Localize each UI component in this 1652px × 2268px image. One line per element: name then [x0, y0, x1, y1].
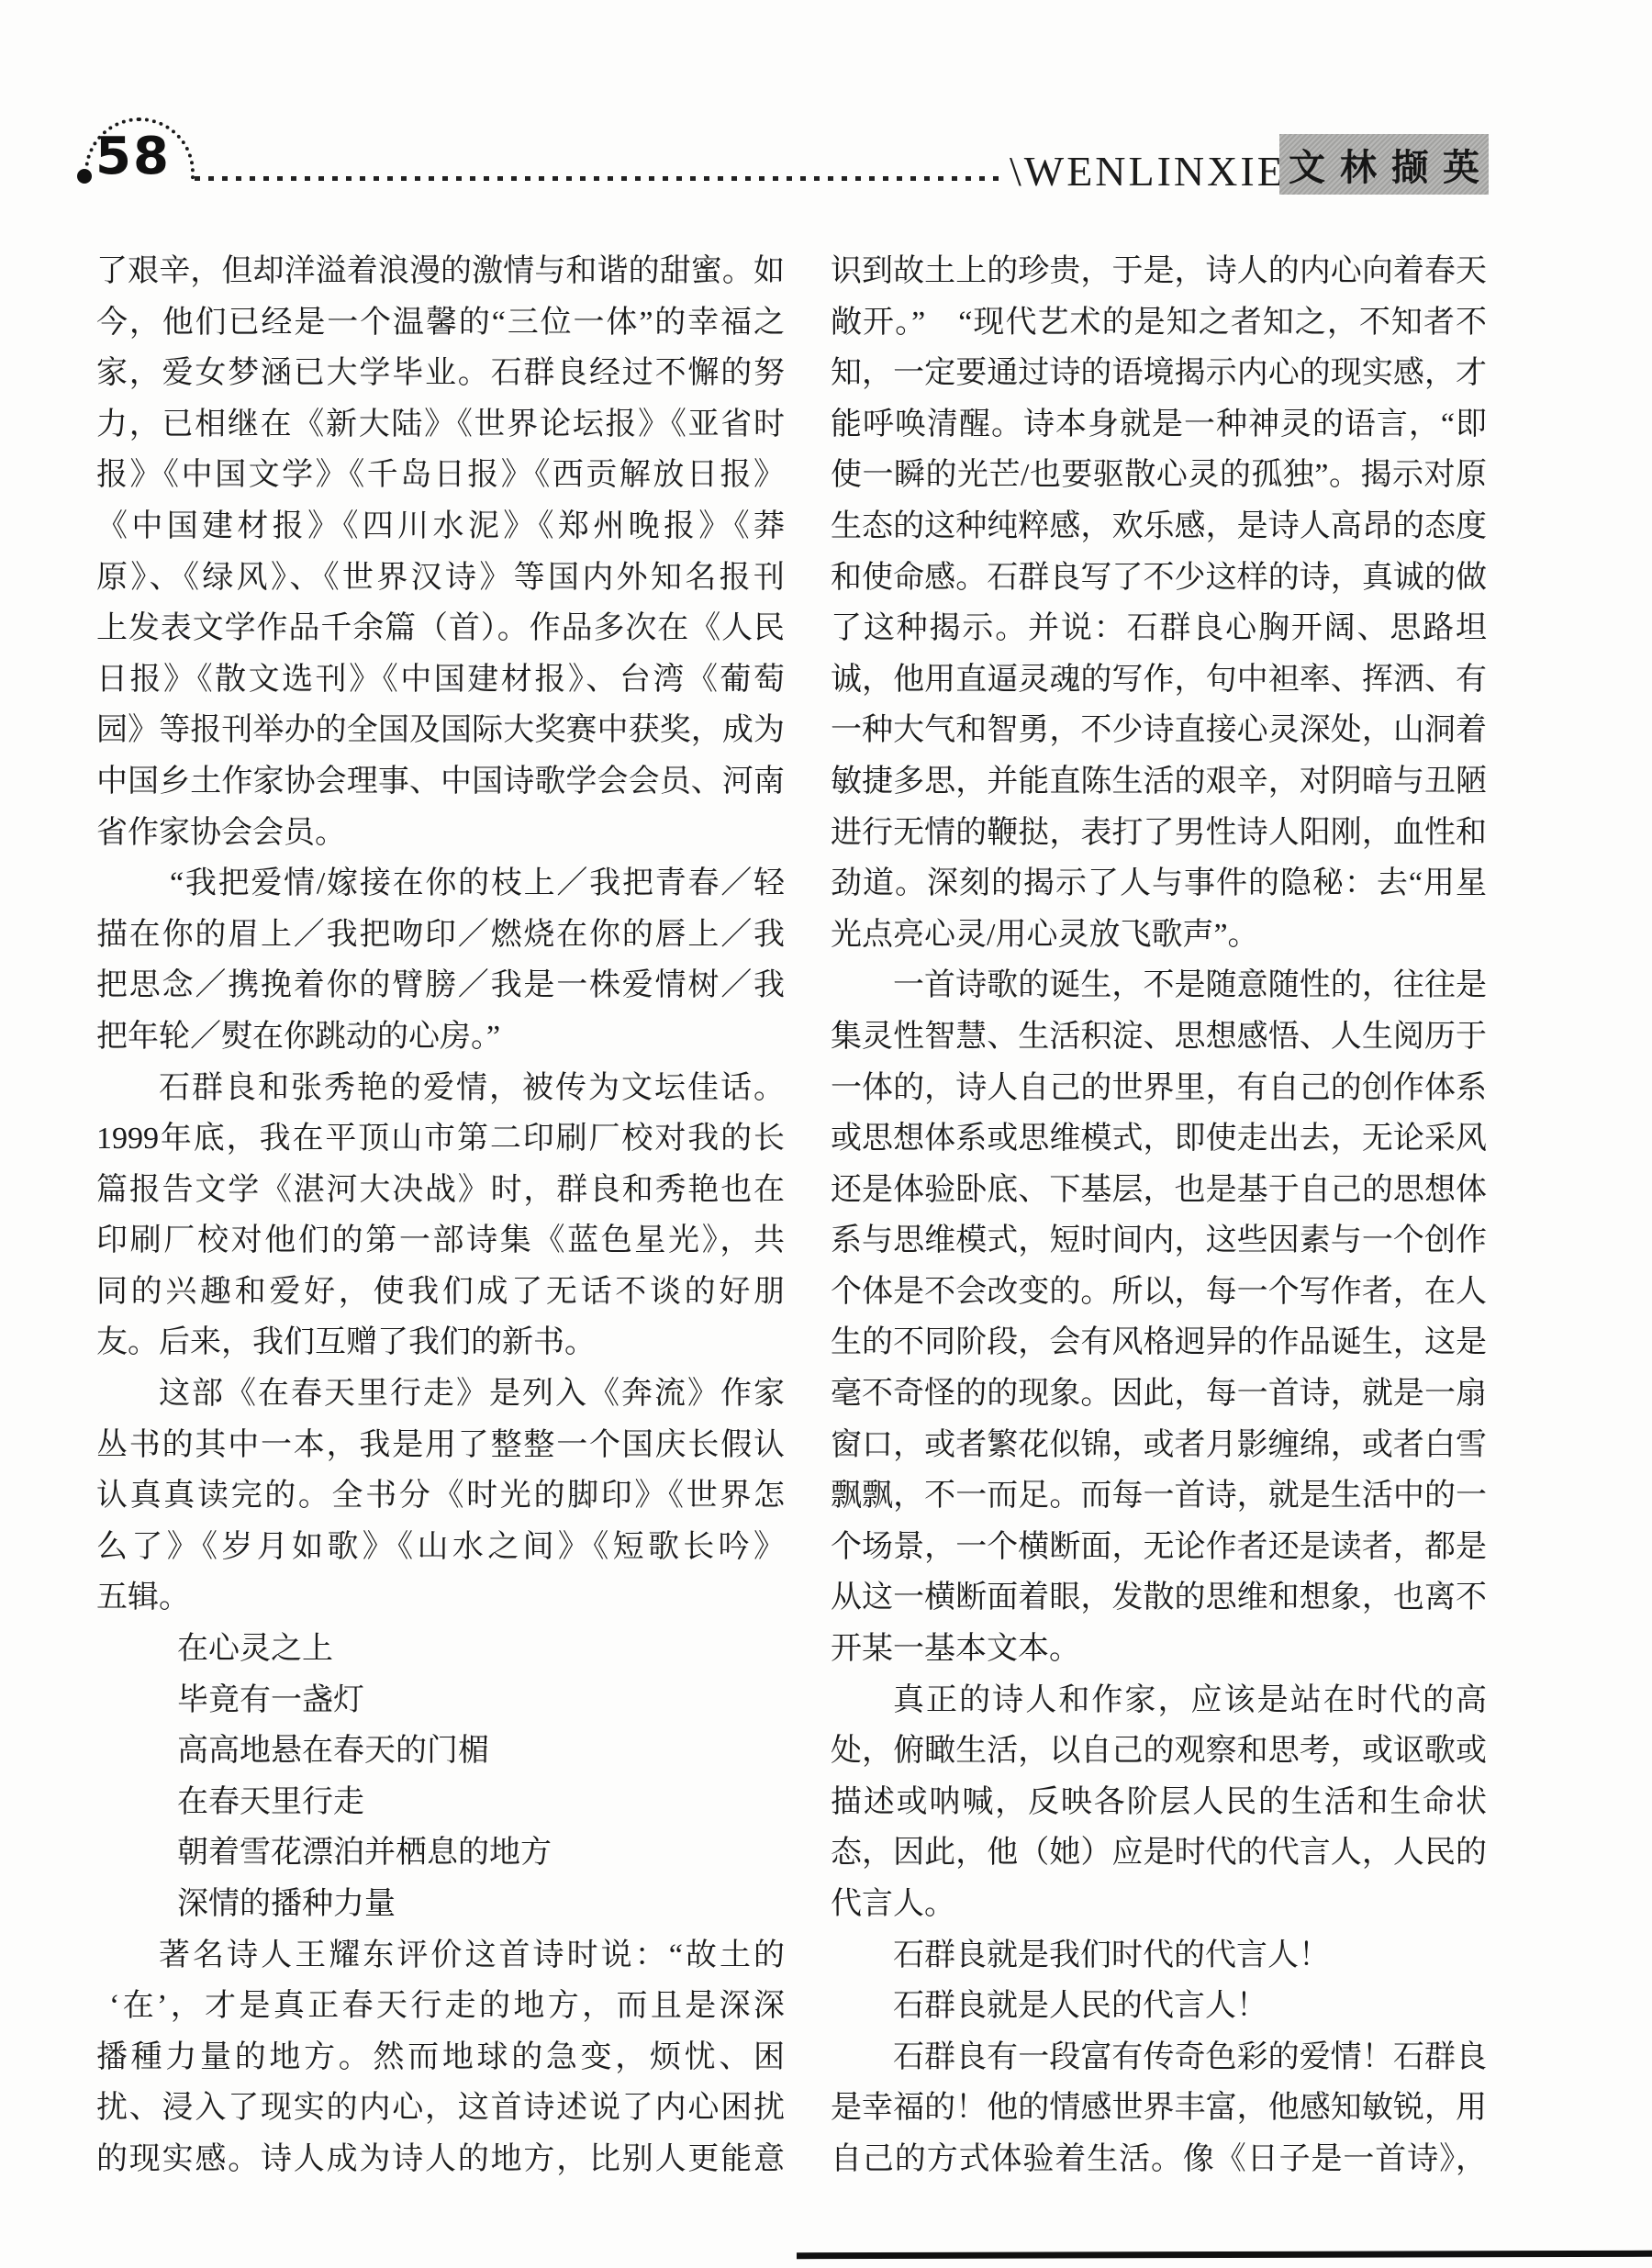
text-line: 使一瞬的光芒/也要驱散心灵的孤独”。揭示对原 [831, 450, 1487, 501]
text-line: 深情的播种力量 [96, 1879, 785, 1930]
text-line: 的现实感。诗人成为诗人的地方，比别人更能意 [96, 2134, 785, 2185]
text-line: 个场景，一个横断面，无论作者还是读者，都是 [831, 1522, 1487, 1573]
text-line: 报》《中国文学》《千岛日报》《西贡解放日报》 [96, 450, 785, 501]
scan-artifact-line [797, 2251, 1652, 2259]
text-line: 1999年底，我在平顶山市第二印刷厂校对我的长 [96, 1113, 785, 1165]
text-line: 高高地悬在春天的门楣 [96, 1726, 785, 1777]
text-line: 集灵性智慧、生活积淀、思想感悟、人生阅历于 [831, 1011, 1487, 1063]
text-line: 飘飘，不一而足。而每一首诗，就是生活中的一 [831, 1470, 1487, 1522]
text-line: “我把爱情/嫁接在你的枝上／我把青春／轻 [96, 858, 785, 910]
text-line: 上发表文学作品千余篇（首）。作品多次在《人民 [96, 603, 785, 654]
text-line: 从这一横断面着眼，发散的思维和想象，也离不 [831, 1572, 1487, 1624]
text-line: 篇报告文学《湛河大决战》时，群良和秀艳也在 [96, 1165, 785, 1216]
text-line: 一种大气和智勇，不少诗直接心灵深处，山洞着 [831, 705, 1487, 756]
text-line: 么了》《岁月如歌》《山水之间》《短歌长吟》 [96, 1522, 785, 1573]
text-line: 自己的方式体验着生活。像《日子是一首诗》， [831, 2134, 1487, 2185]
text-line: 《中国建材报》《四川水泥》《郑州晚报》《莽 [96, 501, 785, 553]
text-line: 毫不奇怪的的现象。因此，每一首诗，就是一扇 [831, 1369, 1487, 1420]
text-line: 一首诗歌的诞生，不是随意随性的，往往是 [831, 960, 1487, 1011]
text-line: 毕竟有一盏灯 [96, 1675, 785, 1726]
text-line: 石群良就是我们时代的代言人！ [831, 1930, 1487, 1982]
text-line: 识到故土上的珍贵，于是，诗人的内心向着春天 [831, 246, 1487, 297]
text-line: 力，已相继在《新大陆》《世界论坛报》《亚省时 [96, 399, 785, 451]
magazine-page: { "page": { "number": "58" }, "header": … [0, 0, 1652, 2268]
text-line: 这部《在春天里行走》是列入《奔流》作家 [96, 1369, 785, 1420]
page-header: 58 \WENLINXIEYING 文林撷英 [0, 0, 1652, 220]
dotted-leader-line [195, 176, 1004, 181]
text-line: 把思念／携挽着你的臂膀／我是一株爱情树／我 [96, 960, 785, 1011]
text-line: 印刷厂校对他们的第一部诗集《蓝色星光》，共 [96, 1215, 785, 1267]
page-number: 58 [95, 127, 171, 186]
text-line: 日报》《散文选刊》《中国建材报》、台湾《葡萄 [96, 654, 785, 706]
text-line: 生的不同阶段，会有风格迥异的作品诞生，这是 [831, 1317, 1487, 1369]
text-line: 生态的这种纯粹感，欢乐感，是诗人高昂的态度 [831, 501, 1487, 553]
text-line: 个体是不会改变的。所以，每一个写作者，在人 [831, 1267, 1487, 1318]
text-line: 代言人。 [831, 1879, 1487, 1930]
text-line: 丛书的其中一本，我是用了整整一个国庆长假认 [96, 1420, 785, 1471]
text-line: 在心灵之上 [96, 1624, 785, 1675]
text-line: 敞开。” “现代艺术的是知之者知之，不知者不 [831, 297, 1487, 349]
page-marker-dot-icon [77, 169, 92, 184]
text-line: 今，他们已经是一个温馨的“三位一体”的幸福之 [96, 297, 785, 349]
text-line: 扰、浸入了现实的内心，这首诗述说了内心困扰 [96, 2083, 785, 2134]
text-line: ‘在’，才是真正春天行走的地方，而且是深深 [96, 1981, 785, 2032]
text-line: 认真真读完的。全书分《时光的脚印》《世界怎 [96, 1470, 785, 1522]
text-line: 著名诗人王耀东评价这首诗时说：“故土的 [96, 1930, 785, 1982]
text-line: 系与思维模式，短时间内，这些因素与一个创作 [831, 1215, 1487, 1267]
text-line: 开某一基本文本。 [831, 1624, 1487, 1675]
section-title: 文林撷英 [1274, 139, 1494, 191]
text-line: 了这种揭示。并说：石群良心胸开阔、思路坦 [831, 603, 1487, 654]
text-line: 石群良就是人民的代言人！ [831, 1981, 1487, 2032]
text-line: 窗口，或者繁花似锦，或者月影缠绵，或者白雪 [831, 1420, 1487, 1471]
text-line: 处，俯瞰生活，以自己的观察和思考，或讴歌或 [831, 1726, 1487, 1777]
left-column: 了艰辛，但却洋溢着浪漫的激情与和谐的甜蜜。如今，他们已经是一个温馨的“三位一体”… [96, 246, 785, 2185]
text-line: 描述或呐喊，反映各阶层人民的生活和生命状 [831, 1777, 1487, 1828]
text-line: 态，因此，他（她）应是时代的代言人，人民的 [831, 1827, 1487, 1879]
text-line: 家，爱女梦涵已大学毕业。石群良经过不懈的努 [96, 348, 785, 399]
section-title-box: 文林撷英 [1279, 134, 1489, 195]
text-line: 还是体验卧底、下基层，也是基于自己的思想体 [831, 1165, 1487, 1216]
text-line: 诚，他用直逼灵魂的写作，句中袒率、挥洒、有 [831, 654, 1487, 706]
text-line: 园》等报刊举办的全国及国际大奖赛中获奖，成为 [96, 705, 785, 756]
text-line: 了艰辛，但却洋溢着浪漫的激情与和谐的甜蜜。如 [96, 246, 785, 297]
text-line: 敏捷多思，并能直陈生活的艰辛，对阴暗与丑陋 [831, 756, 1487, 808]
text-line: 中国乡土作家协会理事、中国诗歌学会会员、河南 [96, 756, 785, 808]
text-line: 进行无情的鞭挞，表打了男性诗人阳刚，血性和 [831, 808, 1487, 859]
text-line: 或思想体系或思维模式，即使走出去，无论采风 [831, 1113, 1487, 1165]
text-line: 省作家协会会员。 [96, 808, 785, 859]
text-line: 能呼唤清醒。诗本身就是一种神灵的语言，“即 [831, 399, 1487, 451]
text-line: 同的兴趣和爱好，使我们成了无话不谈的好朋 [96, 1267, 785, 1318]
text-line: 石群良和张秀艳的爱情，被传为文坛佳话。 [96, 1063, 785, 1114]
text-line: 光点亮心灵/用心灵放飞歌声”。 [831, 910, 1487, 961]
text-line: 五辑。 [96, 1572, 785, 1624]
text-line: 友。后来，我们互赠了我们的新书。 [96, 1317, 785, 1369]
text-line: 劲道。深刻的揭示了人与事件的隐秘：去“用星 [831, 858, 1487, 910]
text-line: 原》、《绿风》、《世界汉诗》等国内外知名报刊 [96, 553, 785, 604]
text-line: 真正的诗人和作家，应该是站在时代的高 [831, 1675, 1487, 1726]
text-line: 一体的，诗人自己的世界里，有自己的创作体系 [831, 1063, 1487, 1114]
text-line: 朝着雪花漂泊并栖息的地方 [96, 1827, 785, 1879]
text-line: 描在你的眉上／我把吻印／燃烧在你的唇上／我 [96, 910, 785, 961]
text-line: 把年轮／熨在你跳动的心房。” [96, 1011, 785, 1063]
text-line: 和使命感。石群良写了不少这样的诗，真诚的做 [831, 553, 1487, 604]
text-line: 知，一定要通过诗的语境揭示内心的现实感，才 [831, 348, 1487, 399]
text-line: 在春天里行走 [96, 1777, 785, 1828]
right-column: 识到故土上的珍贵，于是，诗人的内心向着春天敞开。” “现代艺术的是知之者知之，不… [831, 246, 1487, 2185]
text-line: 播種力量的地方。然而地球的急变，烦忧、困 [96, 2032, 785, 2084]
text-line: 是幸福的！他的情感世界丰富，他感知敏锐，用 [831, 2083, 1487, 2134]
text-line: 石群良有一段富有传奇色彩的爱情！石群良 [831, 2032, 1487, 2084]
